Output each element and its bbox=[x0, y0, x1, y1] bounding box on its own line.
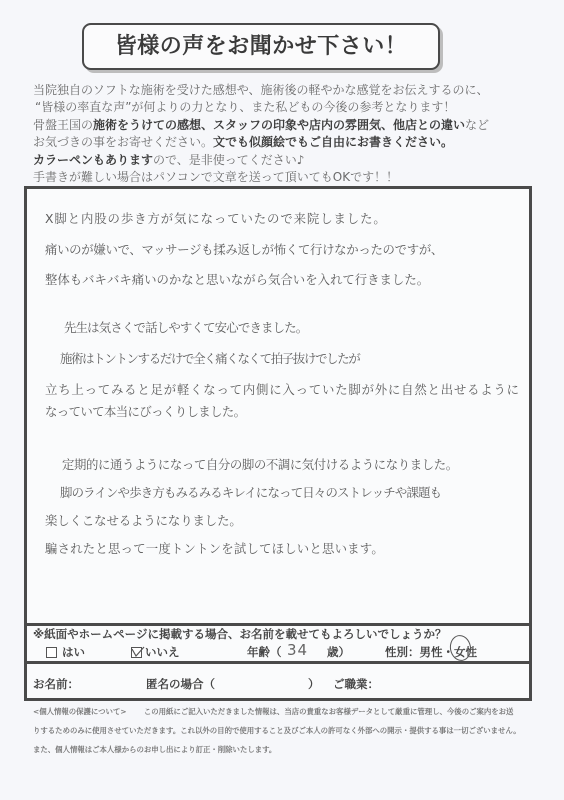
intro-text: “皆様の率直な声”が何よりの力となり、また私どもの今後の参考となります！ bbox=[35, 100, 455, 114]
age-value[interactable]: 34 bbox=[287, 641, 308, 659]
age-unit: 歳） bbox=[327, 644, 350, 660]
name-field[interactable] bbox=[85, 672, 140, 692]
intro-line: 当院独自のソフトな施術を受けた感想や、施術後の軽やかな感覚をお伝えするのに、 bbox=[33, 82, 489, 99]
intro-text: 手書きが難しい場合はパソコンで文章を送って頂いてもOKです！！ bbox=[33, 170, 398, 184]
intro-instructions: 当院独自のソフトな施術を受けた感想や、施術後の軽やかな感覚をお伝えするのに、 “… bbox=[33, 82, 489, 186]
privacy-notice-line: <個人情報の保護について> この用紙にご記入いただきました情報は、当店の貴重なお… bbox=[33, 707, 513, 717]
comment-line: 定期的に通うようになって自分の脚の不調に気付けるようになりました。 bbox=[62, 457, 458, 473]
intro-line: 手書きが難しい場合はパソコンで文章を送って頂いてもOKです！！ bbox=[33, 169, 489, 186]
intro-text: お気づきの事をお寄せください。 bbox=[33, 135, 213, 149]
comment-line: 脚のラインや歩き方もみるみるキレイになって日々のストレッチや課題も bbox=[60, 485, 441, 501]
gender-option-female-selected[interactable]: 女性 bbox=[454, 644, 477, 660]
privacy-notice-line: また、個人情報はご本人様からのお申し出により訂正・削除いたします。 bbox=[33, 745, 276, 755]
anonymous-name-field[interactable] bbox=[225, 672, 305, 692]
checkbox-checked-icon[interactable] bbox=[131, 647, 142, 658]
intro-line: カラーペンもありますので、是非使ってください♪ bbox=[33, 152, 489, 169]
occupation-label: ご職業： bbox=[333, 676, 379, 692]
gender-option-male[interactable]: 男性 bbox=[420, 645, 443, 659]
title-banner: 皆様の声をお聞かせ下さい！ bbox=[82, 23, 440, 70]
comment-line: 騙されたと思って一度トントンを試してほしいと思います。 bbox=[45, 541, 384, 557]
comment-line: 痛いのが嫌いで、マッサージも揉み返しが怖くて行けなかったのですが、 bbox=[45, 242, 443, 258]
feedback-form-page: 皆様の声をお聞かせ下さい！ 当院独自のソフトな施術を受けた感想や、施術後の軽やか… bbox=[0, 0, 564, 800]
comment-line: 楽しくこなせるようになりました。 bbox=[45, 513, 242, 529]
comment-line: X脚と内股の歩き方が気になっていたので来院しました。 bbox=[45, 211, 387, 227]
option-no-label: いいえ bbox=[145, 644, 180, 660]
comment-line: 整体もバキバキ痛いのかなと思いながら気合いを入れて行きました。 bbox=[45, 272, 429, 288]
intro-text: ので、是非使ってください♪ bbox=[153, 153, 304, 167]
option-yes-label: はい bbox=[62, 644, 85, 660]
page-title: 皆様の声をお聞かせ下さい！ bbox=[115, 34, 408, 59]
intro-emphasis: カラーペンもあります bbox=[33, 153, 153, 167]
intro-line: お気づきの事をお寄せください。文でも似顔絵でもご自由にお書きください。 bbox=[33, 134, 489, 151]
intro-emphasis: 施術をうけての感想、スタッフの印象や店内の雰囲気、他店との違い bbox=[93, 118, 465, 132]
privacy-notice-line: りするためのみに使用させていただきます。これ以外の目的で使用すること及びご本人の… bbox=[33, 726, 521, 736]
intro-text: など bbox=[465, 118, 489, 132]
comment-line: なっていて本当にびっくりしました。 bbox=[45, 404, 245, 420]
anonymous-label: 匿名の場合（ bbox=[146, 676, 215, 692]
anonymous-close: ） bbox=[308, 676, 320, 692]
checkbox-unchecked-icon[interactable] bbox=[46, 647, 57, 658]
section-divider bbox=[24, 661, 532, 664]
intro-text: 骨盤王国の bbox=[33, 118, 93, 132]
occupation-field[interactable] bbox=[385, 672, 525, 692]
intro-line: “皆様の率直な声”が何よりの力となり、また私どもの今後の参考となります！ bbox=[33, 99, 489, 116]
age-label: 年齢（ bbox=[247, 644, 282, 660]
name-label: お名前： bbox=[33, 676, 79, 692]
comment-line: 施術はトントンするだけで全く痛くなくて拍子抜けでしたが bbox=[60, 351, 359, 367]
gender-field[interactable]: 性別：男性・女性 bbox=[385, 644, 477, 660]
intro-emphasis: 文でも似顔絵でもご自由にお書きください。 bbox=[213, 135, 453, 149]
gender-label: 性別： bbox=[385, 645, 420, 659]
intro-line: 骨盤王国の施術をうけての感想、スタッフの印象や店内の雰囲気、他店との違いなど bbox=[33, 117, 489, 134]
comment-line: 先生は気さくで話しやすくて安心できました。 bbox=[64, 320, 307, 336]
comment-line: 立ち上ってみると足が軽くなって内側に入っていた脚が外に自然と出せるように bbox=[45, 382, 520, 398]
intro-text: 当院独自のソフトな施術を受けた感想や、施術後の軽やかな感覚をお伝えするのに、 bbox=[33, 83, 489, 97]
consent-question: ※紙面やホームページに掲載する場合、お名前を載せてもよろしいでしょうか？ bbox=[33, 626, 446, 642]
